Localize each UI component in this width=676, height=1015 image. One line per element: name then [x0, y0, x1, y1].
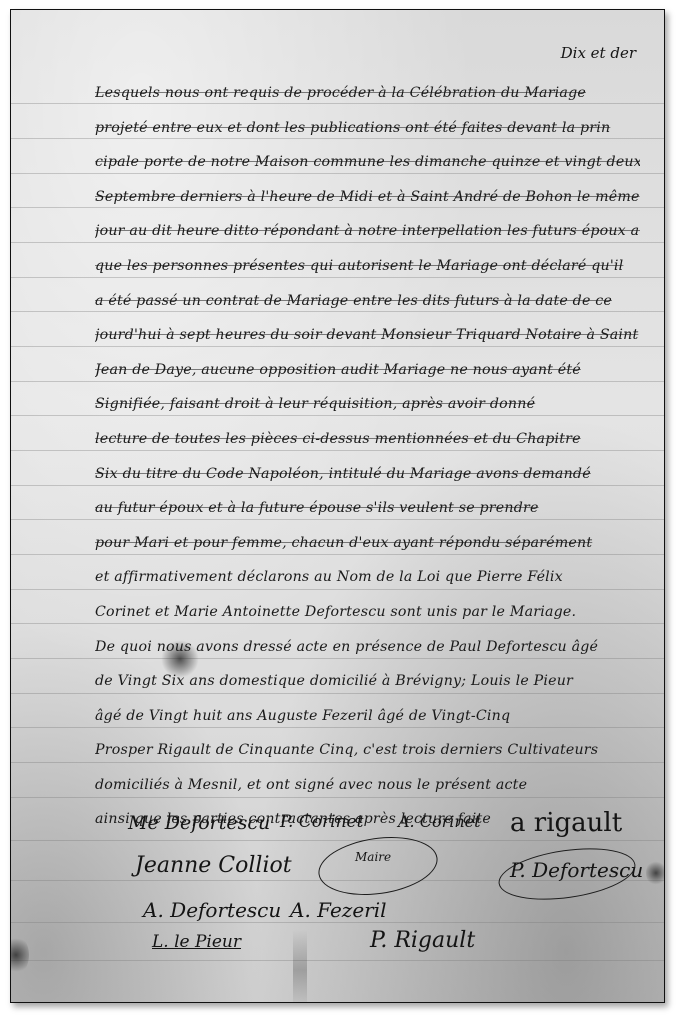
signature-p-defortescu: P. Defortescu [510, 858, 643, 882]
ruled-line [11, 922, 664, 923]
text-line: Corinet et Marie Antoinette Defortescu s… [95, 597, 640, 632]
signature-jeanne-colliot: Jeanne Colliot [135, 853, 292, 878]
signature-me-defortescu: Me Defortescu [128, 812, 270, 834]
text-line: Jean de Daye, aucune opposition audit Ma… [95, 355, 640, 390]
text-line: lecture de toutes les pièces ci-dessus m… [95, 424, 640, 459]
signature-a-defortescu: A. Defortescu [143, 898, 281, 922]
text-line: projeté entre eux et dont les publicatio… [95, 113, 640, 148]
folio-mark: Dix et der [561, 44, 636, 62]
text-line: de Vingt Six ans domestique domicilié à … [95, 666, 640, 701]
signature-maire: Maire [355, 850, 391, 864]
text-line: et affirmativement déclarons au Nom de l… [95, 562, 640, 597]
signature-a-rigault: a rigault [510, 808, 622, 838]
signature-l-le-pieur: L. le Pieur [152, 932, 241, 952]
text-line: Signifiée, faisant droit à leur réquisit… [95, 389, 640, 424]
signature-p-corinet: P. Corinet [280, 812, 363, 832]
signature-a-fezeril: A. Fezeril [290, 898, 387, 922]
water-stain [293, 930, 307, 1003]
signature-a-corinet: A. Corinet [398, 812, 481, 831]
text-line: que les personnes présentes qui autorise… [95, 251, 640, 286]
text-line: Septembre derniers à l'heure de Midi et … [95, 182, 640, 217]
text-line: Prosper Rigault de Cinquante Cinq, c'est… [95, 735, 640, 770]
ink-blot [646, 860, 665, 886]
text-line: âgé de Vingt huit ans Auguste Fezeril âg… [95, 701, 640, 736]
text-line: De quoi nous avons dressé acte en présen… [95, 632, 640, 667]
text-line: pour Mari et pour femme, chacun d'eux ay… [95, 528, 640, 563]
text-line: Lesquels nous ont requis de procéder à l… [95, 78, 640, 113]
text-line: au futur époux et à la future épouse s'i… [95, 493, 640, 528]
ruled-line [11, 960, 664, 961]
text-line: domiciliés à Mesnil, et ont signé avec n… [95, 770, 640, 805]
ruled-line [11, 840, 664, 841]
text-line: jourd'hui à sept heures du soir devant M… [95, 320, 640, 355]
ink-blot [10, 935, 29, 975]
record-body: Lesquels nous ont requis de procéder à l… [95, 78, 640, 839]
text-line: a été passé un contrat de Mariage entre … [95, 286, 640, 321]
text-line: jour au dit heure ditto répondant à notr… [95, 216, 640, 251]
text-line: Six du titre du Code Napoléon, intitulé … [95, 459, 640, 494]
signature-p-rigault: P. Rigault [370, 928, 475, 953]
text-line: cipale porte de notre Maison commune les… [95, 147, 640, 182]
